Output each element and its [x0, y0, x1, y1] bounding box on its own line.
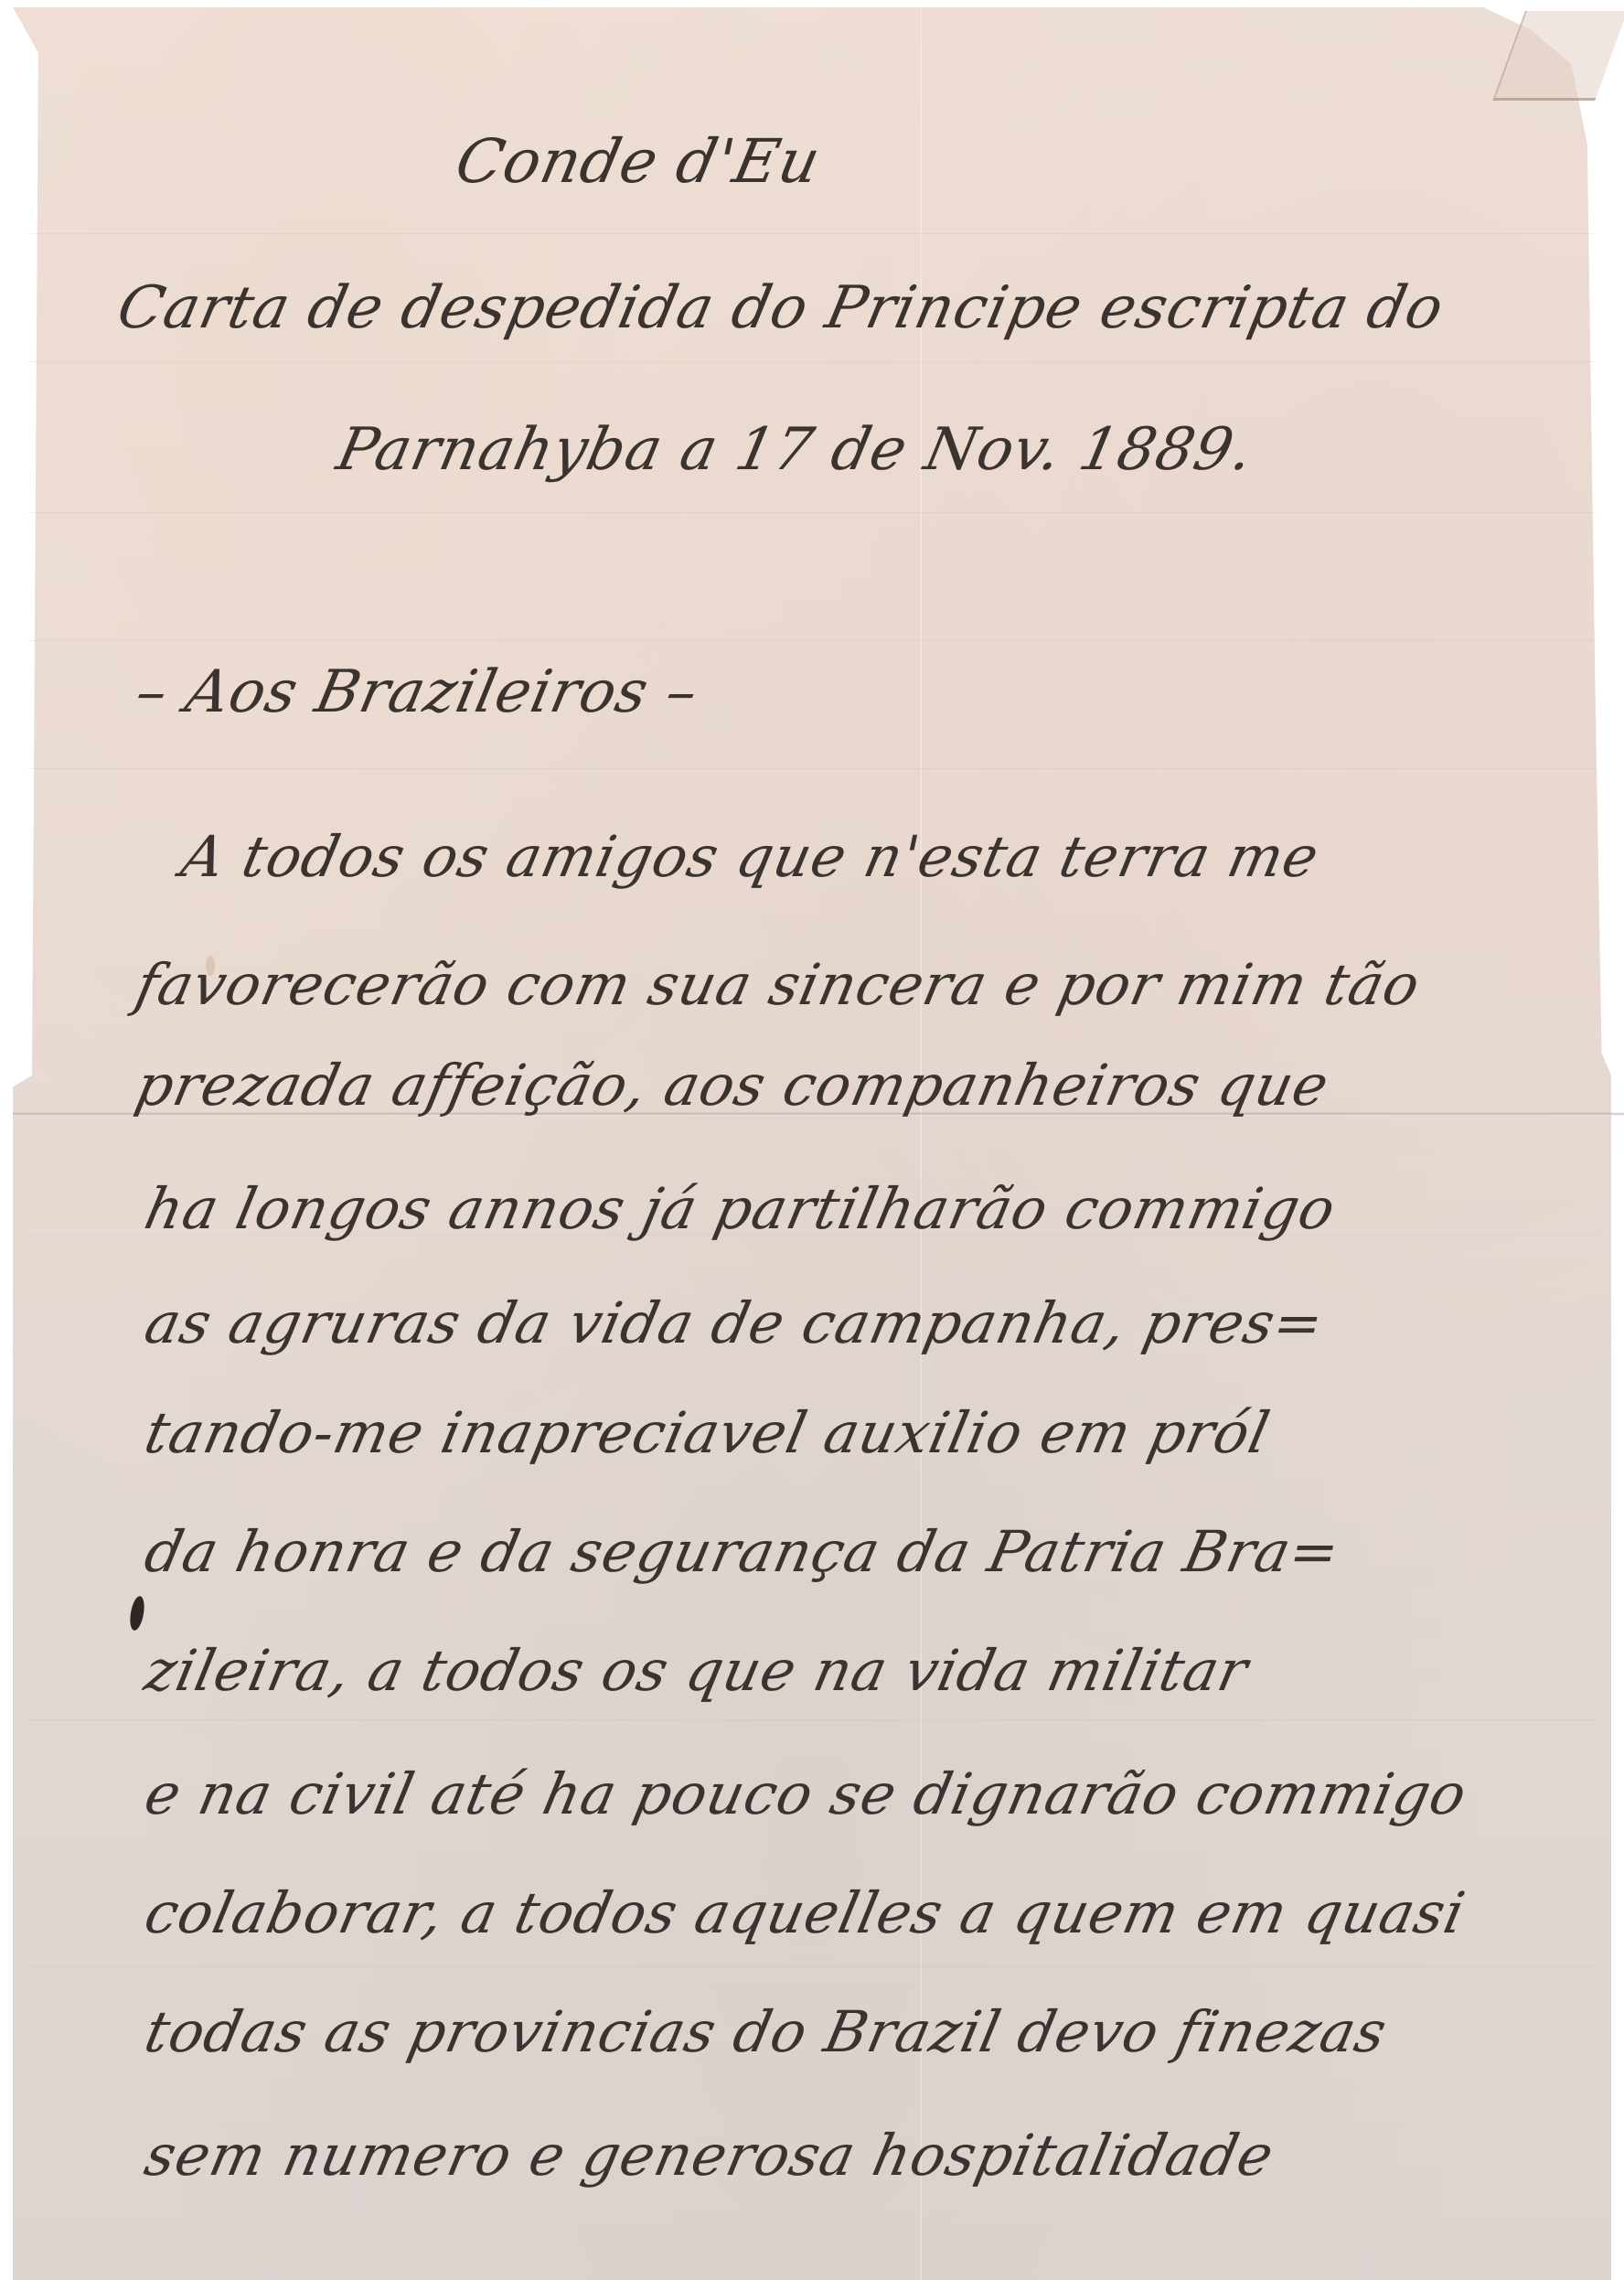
ruled-line: [27, 512, 1597, 513]
letter-subtitle-line-1: Carta de despedida do Principe escripta …: [112, 274, 1449, 342]
body-line-1: A todos os amigos que n'esta terra me: [176, 823, 1325, 890]
body-line-7: da honra e da segurança da Patria Bra=: [139, 1518, 1346, 1585]
body-line-2: favorecerão com sua sincera e por mim tã…: [130, 951, 1426, 1018]
body-line-11: todas as provincias do Brazil devo finez…: [139, 1998, 1393, 2065]
body-line-4: ha longos annos já partilharão commigo: [139, 1175, 1341, 1242]
ruled-line: [27, 1966, 1597, 1967]
body-line-10: colaborar, a todos aquelles a quem em qu…: [139, 1879, 1471, 1946]
body-line-12: sem numero e generosa hospitalidade: [139, 2122, 1280, 2189]
salutation: – Aos Brazileiros –: [130, 658, 704, 726]
letter-subtitle-line-2: Parnahyba a 17 de Nov. 1889.: [331, 416, 1259, 484]
body-line-3: prezada affeição, aos companheiros que: [130, 1052, 1335, 1119]
body-line-9: e na civil até ha pouco se dignarão comm…: [139, 1761, 1472, 1827]
body-line-5: as agruras da vida de campanha, pres=: [139, 1290, 1330, 1356]
letter-title: Conde d'Eu: [450, 126, 827, 197]
body-line-6: tando-me inapreciavel auxilio em pról: [139, 1399, 1276, 1466]
ruled-line: [27, 768, 1597, 769]
ruled-line: [27, 640, 1597, 641]
body-line-8: zileira, a todos os que na vida militar: [139, 1637, 1254, 1704]
ruled-line: [27, 233, 1597, 234]
ruled-line: [27, 1719, 1597, 1720]
ruled-line: [27, 361, 1597, 362]
